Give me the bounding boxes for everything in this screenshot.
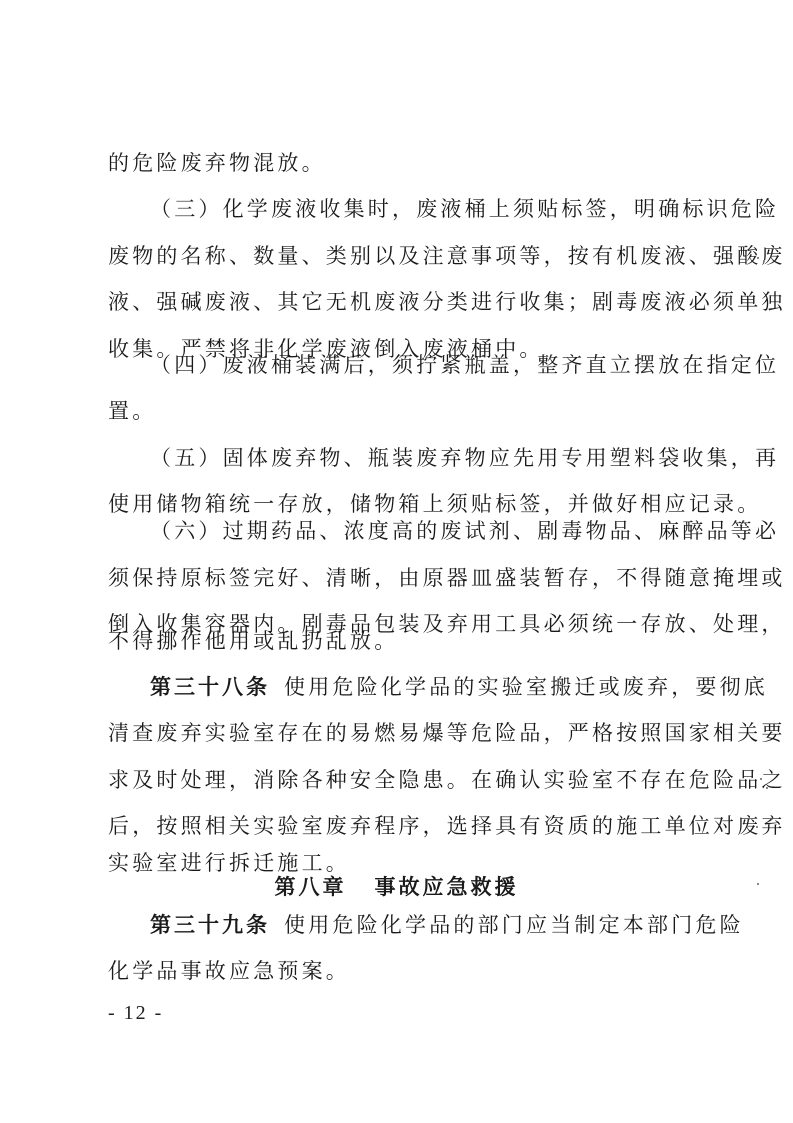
item-4-line-1: （四）废液桶装满后，须拧紧瓶盖，整齐直立摆放在指定位	[150, 352, 700, 378]
article-38-line-3: 求及时处理，消除各种安全隐患。在确认实验室不存在危险品之	[108, 767, 700, 793]
item-5-line-2: 使用储物箱统一存放，储物箱上须贴标签，并做好相应记录。	[108, 491, 700, 517]
chapter-number: 第八章	[275, 875, 347, 899]
article-39-line-2: 化学品事故应急预案。	[108, 958, 700, 984]
chapter-heading: 第八章事故应急救援	[0, 874, 793, 900]
scan-speck	[764, 213, 766, 215]
article-39-heading: 第三十九条	[150, 913, 270, 937]
scan-speck	[763, 260, 765, 262]
scan-speck	[756, 826, 758, 828]
document-page: 的危险废弃物混放。 （三）化学废液收集时，废液桶上须贴标签，明确标识危险 废物的…	[0, 0, 793, 1123]
scan-speck	[757, 883, 759, 885]
item-6-line-4: 不得挪作他用或乱扔乱放。	[108, 628, 700, 654]
item-6-line-1: （六）过期药品、浓度高的废试剂、剧毒物品、麻醉品等必	[150, 518, 700, 544]
article-39-first-line: 使用危险化学品的部门应当制定本部门危险	[284, 913, 744, 937]
article-39-line-1: 第三十九条使用危险化学品的部门应当制定本部门危险	[150, 912, 700, 938]
article-38-line-1: 第三十八条使用危险化学品的实验室搬迁或废弃，要彻底	[150, 674, 700, 700]
item-3-line-3: 液、强碱废液、其它无机废液分类进行收集；剧毒废液必须单独	[108, 289, 700, 315]
chapter-title: 事故应急救援	[375, 875, 519, 899]
article-38-line-2: 清查废弃实验室存在的易燃易爆等危险品，严格按照国家相关要	[108, 720, 700, 746]
item-6-line-2: 须保持原标签完好、清晰，由原器皿盛装暂存，不得随意掩埋或	[108, 565, 700, 591]
item-5-line-1: （五）固体废弃物、瓶装废弃物应先用专用塑料袋收集，再	[150, 445, 700, 471]
page-number: - 12 -	[108, 1002, 163, 1025]
item-3-line-2: 废物的名称、数量、类别以及注意事项等，按有机废液、强酸废	[108, 243, 700, 269]
paragraph-continuation-line: 的危险废弃物混放。	[108, 150, 700, 176]
article-38-first-line: 使用危险化学品的实验室搬迁或废弃，要彻底	[284, 675, 768, 699]
article-38-heading: 第三十八条	[150, 675, 270, 699]
item-4-line-2: 置。	[108, 398, 700, 424]
article-38-line-5: 实验室进行拆迁施工。	[108, 850, 700, 876]
article-38-line-4: 后，按照相关实验室废弃程序，选择具有资质的施工单位对废弃	[108, 813, 700, 839]
scan-speck	[760, 778, 762, 780]
item-3-line-1: （三）化学废液收集时，废液桶上须贴标签，明确标识危险	[150, 196, 700, 222]
scan-speck	[766, 787, 768, 789]
scan-speck	[757, 257, 759, 259]
